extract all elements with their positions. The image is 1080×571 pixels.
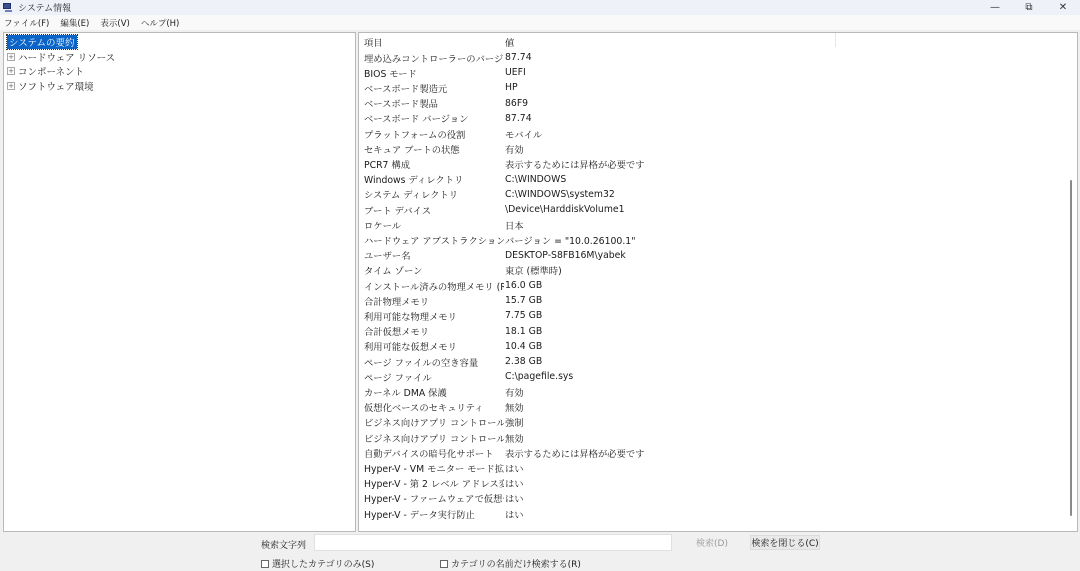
row-item: カーネル DMA 保護 xyxy=(364,385,504,399)
row-item: PCR7 構成 xyxy=(364,157,504,171)
row-item: プラットフォームの役割 xyxy=(364,127,504,141)
table-row[interactable]: 利用可能な物理メモリ7.75 GB xyxy=(359,308,1077,323)
row-value: 87.74 xyxy=(505,113,532,124)
tree-item-software-environment[interactable]: + ソフトウェア環境 xyxy=(7,79,94,93)
row-value: 無効 xyxy=(505,400,524,414)
row-item: Hyper-V - ファームウェアで仮想化... xyxy=(364,491,504,505)
row-value: 有効 xyxy=(505,385,524,399)
table-row[interactable]: ブート デバイス\Device\HarddiskVolume1 xyxy=(359,202,1077,217)
checkbox-icon[interactable] xyxy=(261,560,269,568)
expand-icon[interactable]: + xyxy=(7,67,15,75)
row-value: 有効 xyxy=(505,142,524,156)
minimize-button[interactable]: — xyxy=(978,0,1012,15)
row-item: 利用可能な物理メモリ xyxy=(364,309,504,323)
row-value: 表示するためには昇格が必要です xyxy=(505,446,644,460)
row-value: 無効 xyxy=(505,431,524,445)
table-row[interactable]: BIOS モードUEFI xyxy=(359,65,1077,80)
row-item: ビジネス向けアプリ コントロールのユ... xyxy=(364,431,504,445)
table-row[interactable]: ベースボード バージョン87.74 xyxy=(359,111,1077,126)
expand-icon[interactable]: + xyxy=(7,53,15,61)
table-row[interactable]: ビジネス向けアプリ コントロールのユ...無効 xyxy=(359,430,1077,445)
table-row[interactable]: タイム ゾーン東京 (標準時) xyxy=(359,263,1077,278)
list-header: 項目 値 xyxy=(359,34,1077,49)
table-row[interactable]: Hyper-V - VM モニター モード拡...はい xyxy=(359,460,1077,475)
table-row[interactable]: ハードウェア アブストラクション レイ...バージョン = "10.0.2610… xyxy=(359,232,1077,247)
row-value: HP xyxy=(505,82,518,93)
expand-icon[interactable]: + xyxy=(7,82,15,90)
details-list: 項目 値 埋め込みコントローラーのバージョン87.74BIOS モードUEFIベ… xyxy=(358,32,1078,532)
row-item: 埋め込みコントローラーのバージョン xyxy=(364,51,504,65)
checkbox-icon[interactable] xyxy=(440,560,448,568)
row-item: Hyper-V - VM モニター モード拡... xyxy=(364,461,504,475)
table-row[interactable]: 仮想化ベースのセキュリティ無効 xyxy=(359,400,1077,415)
row-value: 日本 xyxy=(505,218,524,232)
row-item: Windows ディレクトリ xyxy=(364,172,504,186)
table-row[interactable]: 利用可能な仮想メモリ10.4 GB xyxy=(359,339,1077,354)
row-item: ハードウェア アブストラクション レイ... xyxy=(364,233,504,247)
restore-button[interactable]: ⧉ xyxy=(1012,0,1046,15)
row-item: 利用可能な仮想メモリ xyxy=(364,339,504,353)
row-value: バージョン = "10.0.26100.1" xyxy=(505,233,635,247)
table-row[interactable]: Hyper-V - 第 2 レベル アドレス変...はい xyxy=(359,476,1077,491)
search-input[interactable] xyxy=(314,534,672,551)
title-bar: システム情報 — ⧉ ✕ xyxy=(0,0,1080,15)
table-row[interactable]: ロケール日本 xyxy=(359,217,1077,232)
row-item: 仮想化ベースのセキュリティ xyxy=(364,400,504,414)
scrollbar-thumb[interactable] xyxy=(1070,180,1072,516)
row-item: 合計物理メモリ xyxy=(364,294,504,308)
table-row[interactable]: インストール済みの物理メモリ (RA...16.0 GB xyxy=(359,278,1077,293)
restore-icon: ⧉ xyxy=(1025,2,1032,13)
row-item: ページ ファイル xyxy=(364,370,504,384)
row-item: ロケール xyxy=(364,218,504,232)
menu-edit[interactable]: 編集(E) xyxy=(60,17,89,29)
table-row[interactable]: ベースボード製品86F9 xyxy=(359,96,1077,111)
row-value: 18.1 GB xyxy=(505,326,542,337)
tree-item-system-summary[interactable]: システムの要約 xyxy=(7,35,77,49)
row-item: Hyper-V - 第 2 レベル アドレス変... xyxy=(364,476,504,490)
table-row[interactable]: システム ディレクトリC:\WINDOWS\system32 xyxy=(359,187,1077,202)
table-row[interactable]: Hyper-V - ファームウェアで仮想化...はい xyxy=(359,491,1077,506)
row-item: ユーザー名 xyxy=(364,248,504,262)
system-info-icon xyxy=(3,3,13,13)
column-header-value[interactable]: 値 xyxy=(505,35,514,49)
table-row[interactable]: カーネル DMA 保護有効 xyxy=(359,384,1077,399)
row-value: 強制 xyxy=(505,415,524,429)
row-value: 15.7 GB xyxy=(505,295,542,306)
row-value: \Device\HarddiskVolume1 xyxy=(505,204,625,215)
row-value: モバイル xyxy=(505,127,542,141)
category-tree: システムの要約 + ハードウェア リソース + コンポーネント + ソフトウェア… xyxy=(3,32,356,532)
row-item: ビジネス向けアプリ コントロール ポ... xyxy=(364,415,504,429)
table-row[interactable]: ページ ファイルの空き容量2.38 GB xyxy=(359,354,1077,369)
tree-item-hardware-resources[interactable]: + ハードウェア リソース xyxy=(7,50,115,64)
column-divider[interactable] xyxy=(835,33,836,47)
row-value: C:\pagefile.sys xyxy=(505,371,573,382)
category-names-only-checkbox[interactable]: カテゴリの名前だけ検索する(R) xyxy=(440,557,581,570)
window-title: システム情報 xyxy=(18,1,71,14)
close-button[interactable]: ✕ xyxy=(1046,0,1080,15)
row-value: 表示するためには昇格が必要です xyxy=(505,157,644,171)
menu-file[interactable]: ファイル(F) xyxy=(4,17,49,29)
row-item: ベースボード バージョン xyxy=(364,111,504,125)
close-find-button[interactable]: 検索を閉じる(C) xyxy=(750,535,820,550)
table-row[interactable]: プラットフォームの役割モバイル xyxy=(359,126,1077,141)
row-item: Hyper-V - データ実行防止 xyxy=(364,507,504,521)
row-value: 2.38 GB xyxy=(505,356,542,367)
row-value: 東京 (標準時) xyxy=(505,263,562,277)
row-item: 自動デバイスの暗号化サポート xyxy=(364,446,504,460)
table-row[interactable]: 合計物理メモリ15.7 GB xyxy=(359,293,1077,308)
row-value: C:\WINDOWS xyxy=(505,174,566,185)
table-row[interactable]: 合計仮想メモリ18.1 GB xyxy=(359,324,1077,339)
tree-item-components[interactable]: + コンポーネント xyxy=(7,64,84,78)
row-value: DESKTOP-S8FB16M\yabek xyxy=(505,250,626,261)
table-row[interactable]: 埋め込みコントローラーのバージョン87.74 xyxy=(359,50,1077,65)
table-row[interactable]: セキュア ブートの状態有効 xyxy=(359,141,1077,156)
row-value: 7.75 GB xyxy=(505,310,542,321)
menu-help[interactable]: ヘルプ(H) xyxy=(141,17,180,29)
row-item: 合計仮想メモリ xyxy=(364,324,504,338)
row-value: 16.0 GB xyxy=(505,280,542,291)
menu-view[interactable]: 表示(V) xyxy=(100,17,129,29)
column-header-item[interactable]: 項目 xyxy=(364,35,504,49)
find-button[interactable]: 検索(D) xyxy=(677,535,747,550)
table-row[interactable]: PCR7 構成表示するためには昇格が必要です xyxy=(359,156,1077,171)
table-row[interactable]: Hyper-V - データ実行防止はい xyxy=(359,506,1077,521)
row-value: 86F9 xyxy=(505,98,528,109)
row-value: はい xyxy=(505,476,524,490)
table-row[interactable]: ベースボード製造元HP xyxy=(359,80,1077,95)
row-item: セキュア ブートの状態 xyxy=(364,142,504,156)
row-value: 10.4 GB xyxy=(505,341,542,352)
row-item: タイム ゾーン xyxy=(364,263,504,277)
table-row[interactable]: ページ ファイルC:\pagefile.sys xyxy=(359,369,1077,384)
table-row[interactable]: ビジネス向けアプリ コントロール ポ...強制 xyxy=(359,415,1077,430)
table-row[interactable]: Windows ディレクトリC:\WINDOWS xyxy=(359,172,1077,187)
search-label: 検索文字列 xyxy=(261,538,306,551)
table-row[interactable]: 自動デバイスの暗号化サポート表示するためには昇格が必要です xyxy=(359,445,1077,460)
row-item: ベースボード製品 xyxy=(364,96,504,110)
table-row[interactable]: ユーザー名DESKTOP-S8FB16M\yabek xyxy=(359,248,1077,263)
menu-bar: ファイル(F) 編集(E) 表示(V) ヘルプ(H) xyxy=(0,15,1080,30)
row-item: インストール済みの物理メモリ (RA... xyxy=(364,279,504,293)
row-value: UEFI xyxy=(505,67,526,78)
row-item: ページ ファイルの空き容量 xyxy=(364,355,504,369)
row-value: 87.74 xyxy=(505,52,532,63)
row-item: ブート デバイス xyxy=(364,203,504,217)
row-item: ベースボード製造元 xyxy=(364,81,504,95)
selected-category-only-checkbox[interactable]: 選択したカテゴリのみ(S) xyxy=(261,557,374,570)
vertical-scrollbar[interactable] xyxy=(1067,35,1075,529)
row-value: C:\WINDOWS\system32 xyxy=(505,189,615,200)
minimize-icon: — xyxy=(990,2,1000,13)
row-item: システム ディレクトリ xyxy=(364,187,504,201)
row-value: はい xyxy=(505,491,524,505)
close-icon: ✕ xyxy=(1059,2,1067,13)
row-item: BIOS モード xyxy=(364,66,504,80)
row-value: はい xyxy=(505,507,524,521)
row-value: はい xyxy=(505,461,524,475)
